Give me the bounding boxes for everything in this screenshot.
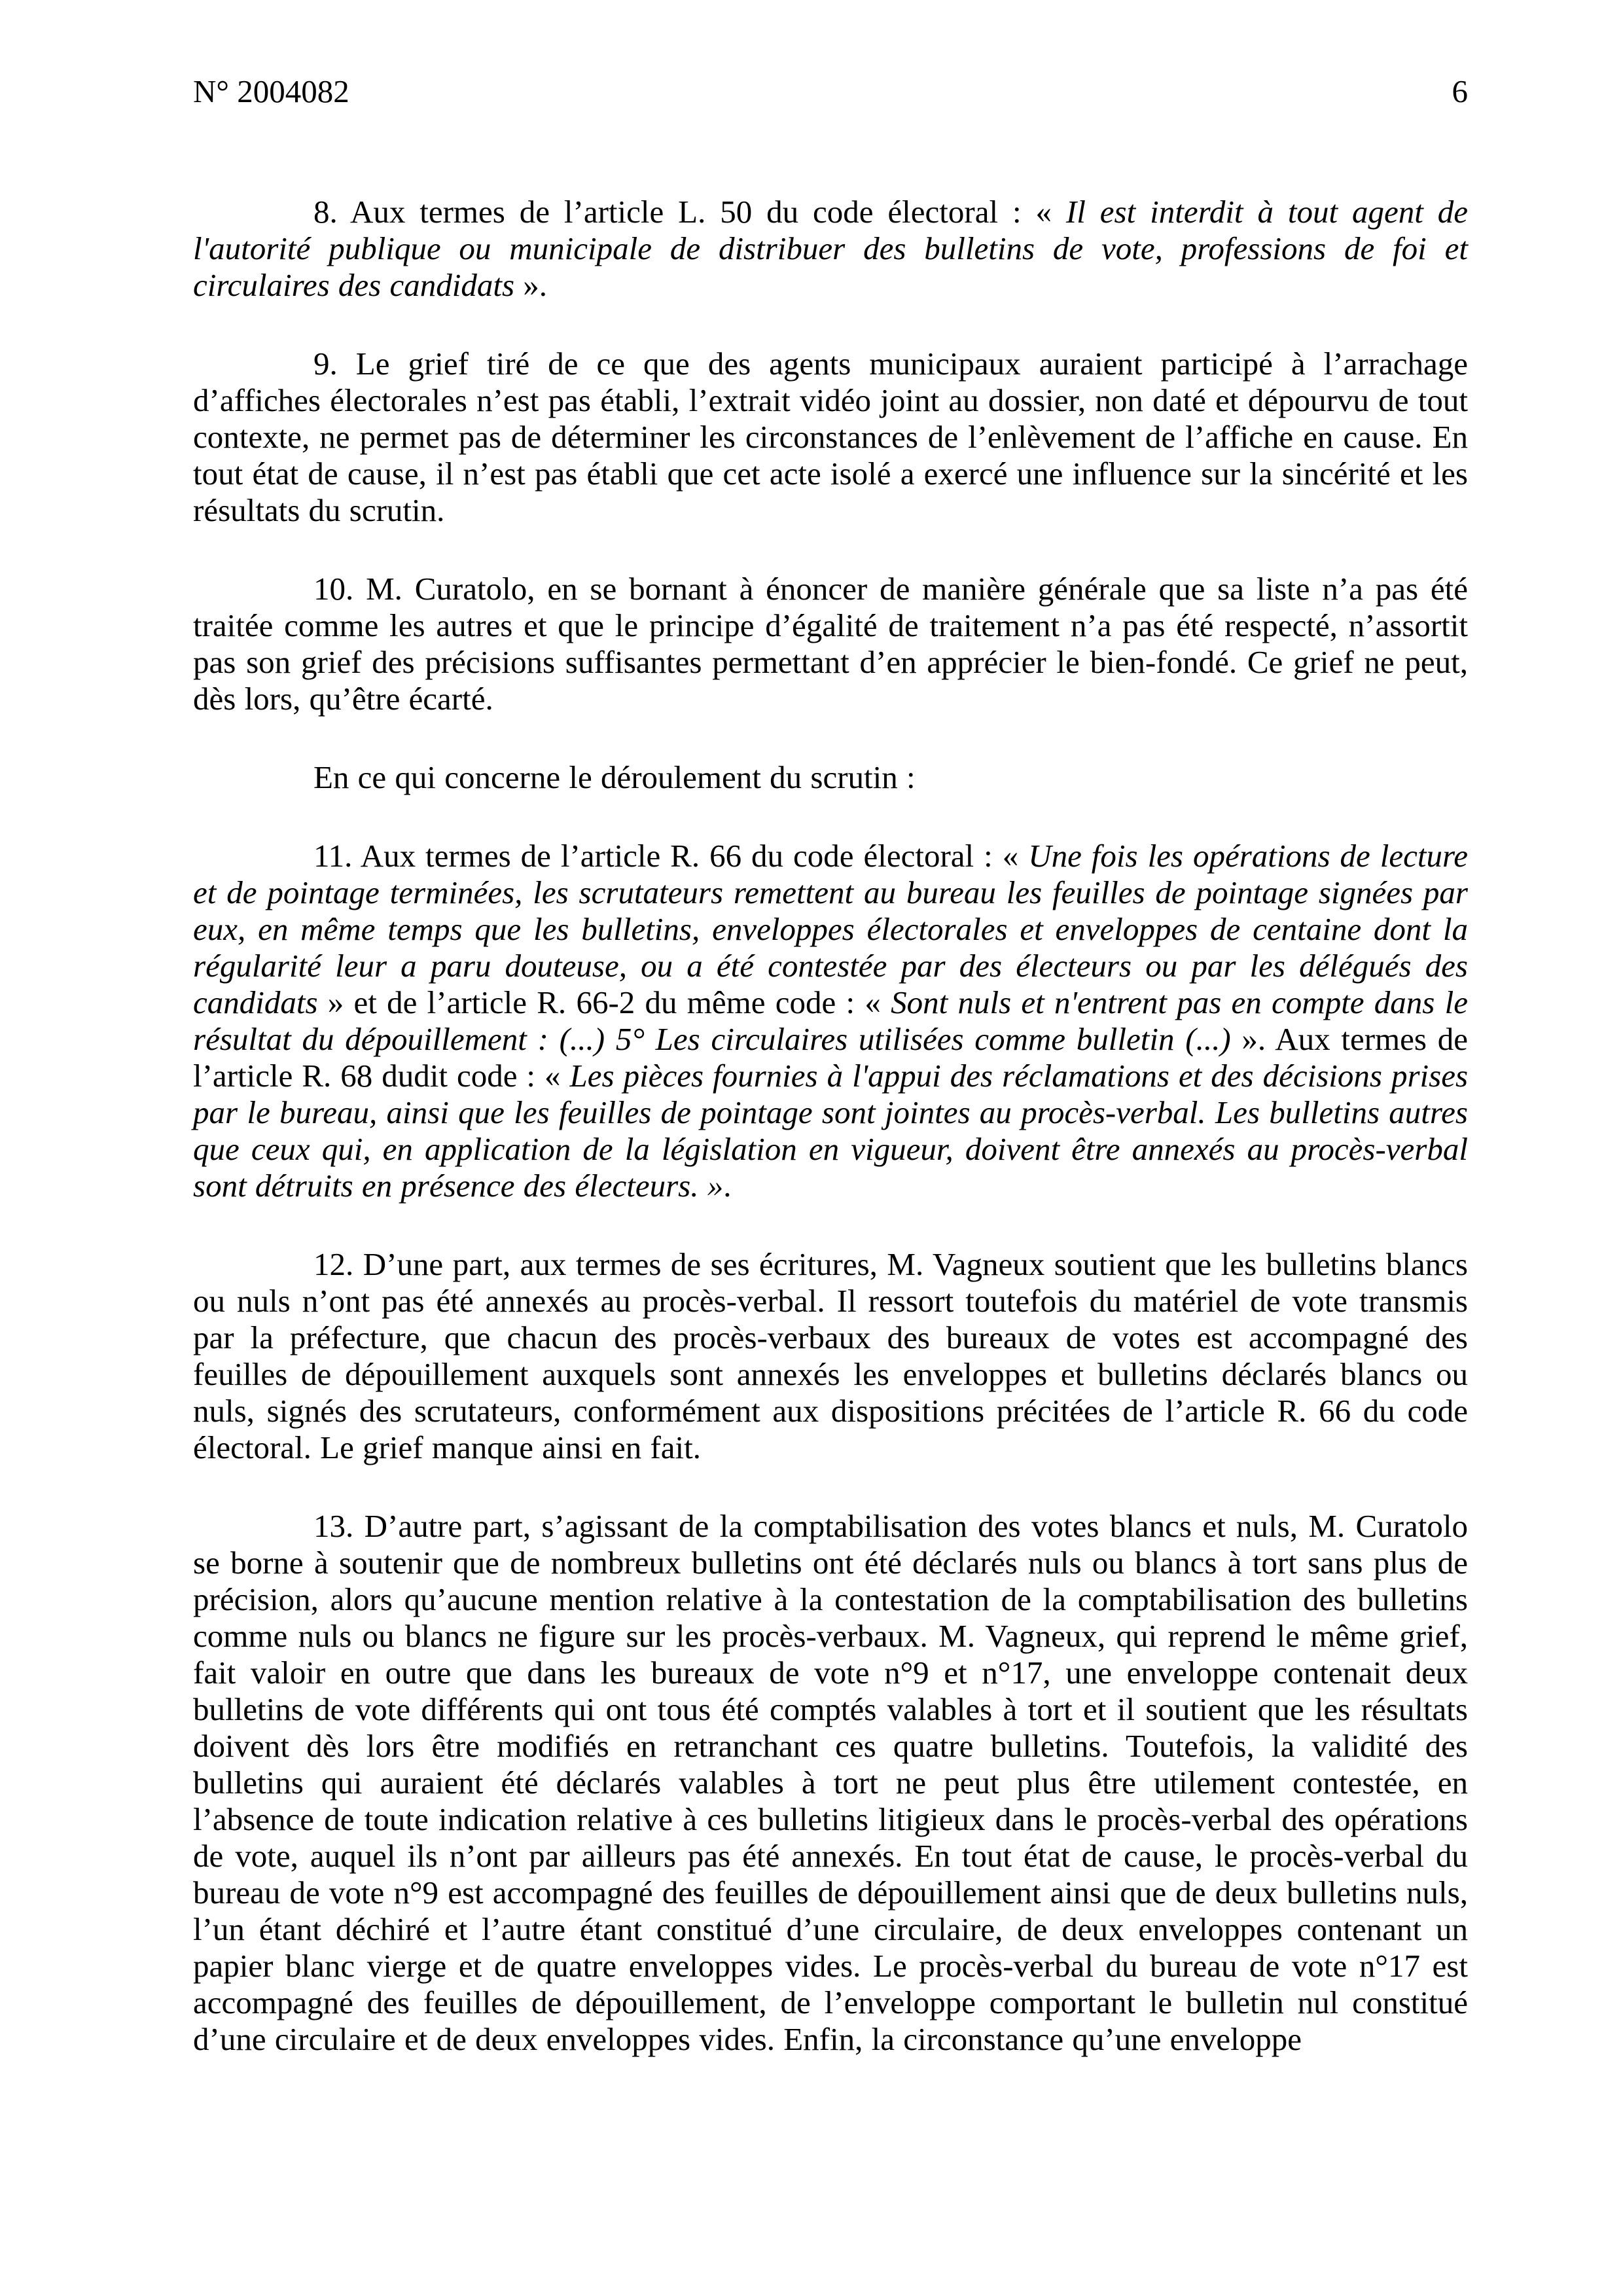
paragraph-11: 11. Aux termes de l’article R. 66 du cod… — [193, 838, 1468, 1204]
text-run: . — [723, 1168, 731, 1204]
text-run: 12. D’une part, aux termes de ses écritu… — [193, 1246, 1468, 1465]
text-run: » et de l’article R. 66-2 du même code :… — [318, 984, 891, 1020]
text-run: En ce qui concerne le déroulement du scr… — [313, 759, 916, 795]
page-header: N° 2004082 6 — [193, 73, 1468, 110]
text-run: 9. Le grief tiré de ce que des agents mu… — [193, 346, 1468, 528]
paragraph-13: 13. D’autre part, s’agissant de la compt… — [193, 1508, 1468, 2058]
text-run: 10. M. Curatolo, en se bornant à énoncer… — [193, 571, 1468, 717]
paragraph-10: 10. M. Curatolo, en se bornant à énoncer… — [193, 571, 1468, 717]
text-run: 8. Aux termes de l’article L. 50 du code… — [313, 194, 1066, 230]
paragraph-9: 9. Le grief tiré de ce que des agents mu… — [193, 346, 1468, 529]
page-number: 6 — [1452, 73, 1469, 110]
document-body: 8. Aux termes de l’article L. 50 du code… — [193, 194, 1468, 2058]
text-run: 11. Aux termes de l’article R. 66 du cod… — [313, 838, 1028, 874]
paragraph-12: 12. D’une part, aux termes de ses écritu… — [193, 1246, 1468, 1466]
paragraph-8: 8. Aux termes de l’article L. 50 du code… — [193, 194, 1468, 304]
case-number: N° 2004082 — [193, 73, 349, 110]
text-run: ». — [514, 267, 547, 303]
document-page: N° 2004082 6 8. Aux termes de l’article … — [0, 0, 1623, 2296]
text-run: 13. D’autre part, s’agissant de la compt… — [193, 1508, 1468, 2057]
section-heading: En ce qui concerne le déroulement du scr… — [193, 759, 1468, 796]
